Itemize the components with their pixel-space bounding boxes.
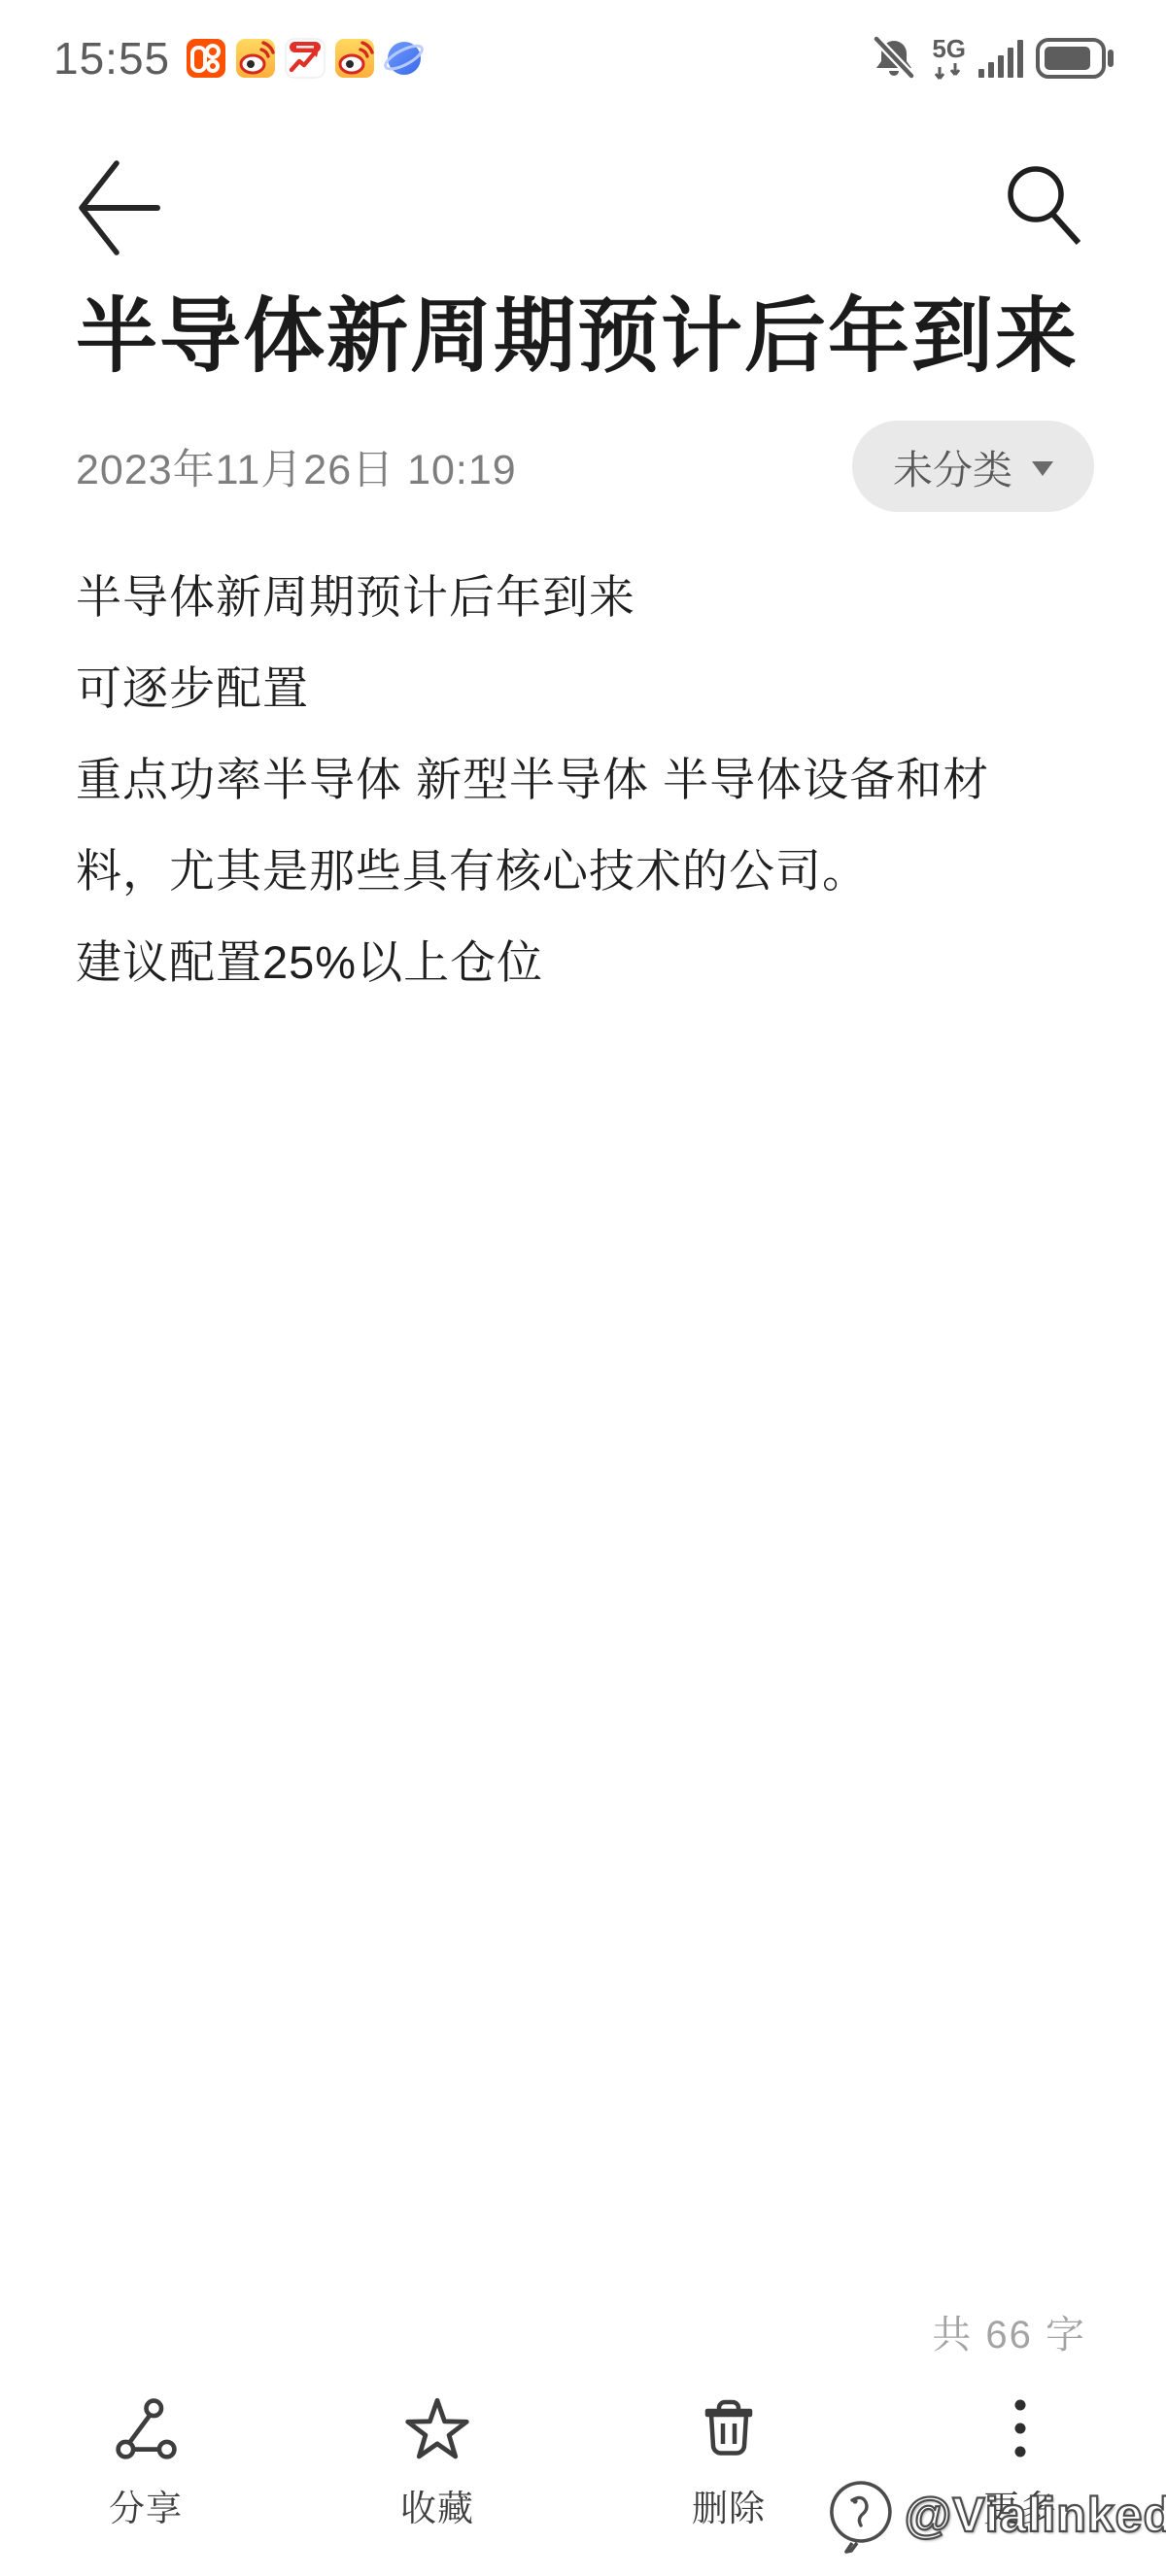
share-label: 分享 (109, 2479, 183, 2531)
body-line: 料，尤其是那些具有核心技术的公司。 (76, 826, 1108, 917)
network-indicator: 5G (932, 36, 966, 81)
bottom-toolbar: 分享 收藏 删除 (0, 2395, 1166, 2576)
weibo-icon (334, 38, 375, 79)
body-line: 可逐步配置 (76, 643, 1108, 734)
ringer-muted-icon (869, 33, 919, 84)
more-dots-icon (989, 2395, 1051, 2463)
word-count: 共 66 字 (932, 2304, 1086, 2359)
note-title: 半导体新周期预计后年到来 (76, 288, 1106, 386)
delete-button[interactable]: 删除 (583, 2395, 874, 2576)
trash-icon (698, 2395, 760, 2463)
star-icon (404, 2395, 470, 2463)
search-icon[interactable] (989, 153, 1096, 260)
network-type-label: 5G (932, 36, 966, 61)
planet-browser-icon (384, 38, 425, 79)
back-button[interactable] (70, 153, 177, 260)
more-button[interactable]: 更多 (874, 2395, 1166, 2576)
body-line: 重点功率半导体 新型半导体 半导体设备和材 (76, 734, 1108, 826)
kuaishou-icon (186, 38, 226, 79)
battery-icon (1036, 37, 1115, 80)
share-button[interactable]: 分享 (0, 2395, 291, 2576)
more-label: 更多 (983, 2479, 1057, 2531)
body-line: 半导体新周期预计后年到来 (76, 552, 1108, 643)
notification-icons (186, 38, 425, 79)
delete-label: 删除 (692, 2479, 766, 2531)
category-label: 未分类 (893, 438, 1012, 495)
share-icon (114, 2395, 178, 2463)
signal-strength-icon (978, 39, 1023, 78)
note-datetime: 2023年11月26日 10:19 (76, 437, 517, 496)
category-badge[interactable]: 未分类 (852, 421, 1094, 512)
clock-time: 15:55 (53, 32, 170, 85)
body-line: 建议配置25%以上仓位 (76, 917, 1108, 1008)
favorite-label: 收藏 (400, 2479, 474, 2531)
favorite-button[interactable]: 收藏 (291, 2395, 583, 2576)
stocks-trend-icon (285, 38, 326, 79)
status-indicators: 5G (869, 33, 1115, 84)
status-bar: 15:55 (0, 0, 1166, 97)
chevron-down-icon (1032, 461, 1053, 476)
note-body[interactable]: 半导体新周期预计后年到来 可逐步配置 重点功率半导体 新型半导体 半导体设备和材… (76, 552, 1108, 1008)
weibo-icon (235, 38, 276, 79)
note-meta-row: 2023年11月26日 10:19 未分类 (76, 420, 1094, 513)
notes-app-screen: 15:55 (0, 0, 1166, 2576)
title-bar (0, 144, 1166, 270)
data-arrows-icon (932, 61, 965, 81)
